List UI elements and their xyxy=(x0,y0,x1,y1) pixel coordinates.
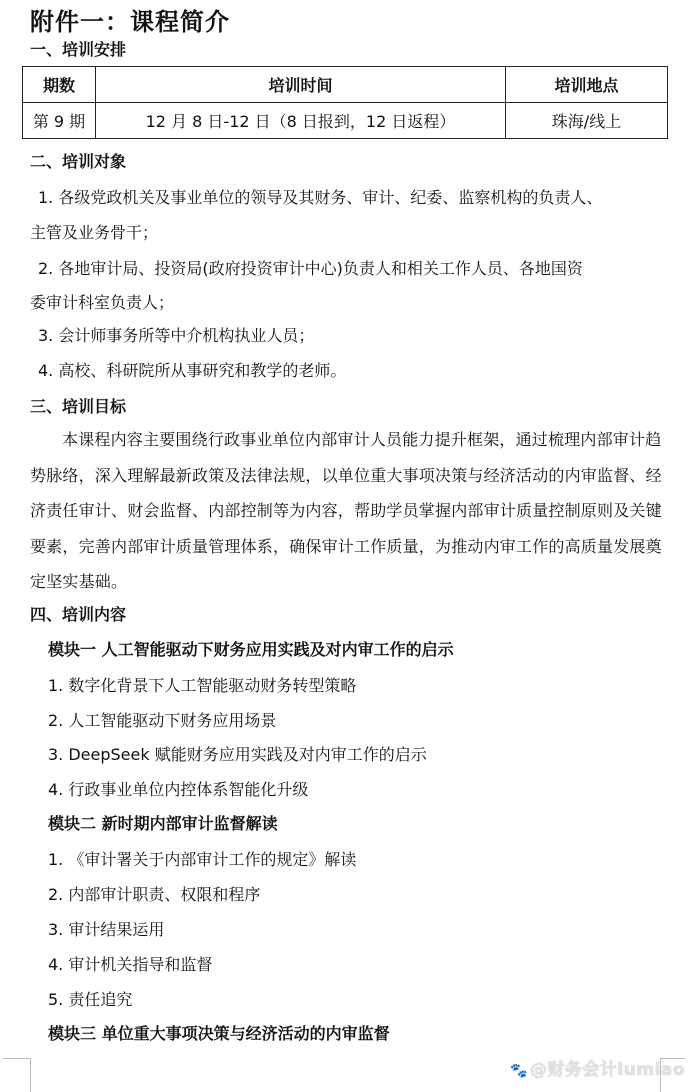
module-1-item-4: 4. 行政事业单位内控体系智能化升级 xyxy=(48,777,308,800)
objective-paragraph: 本课程内容主要围绕行政事业单位内部审计人员能力提升框架，通过梳理内部审计趋势脉络… xyxy=(30,422,670,600)
cell-session: 第 9 期 xyxy=(23,103,96,139)
module-2-item-2: 2. 内部审计职责、权限和程序 xyxy=(48,882,260,905)
page-corner-mark-left-h xyxy=(3,1058,30,1059)
audience-item-1-line1: 1. 各级党政机关及事业单位的领导及其财务、审计、纪委、监察机构的负责人、 xyxy=(38,185,602,208)
module-2-title: 模块二 新时期内部审计监督解读 xyxy=(48,811,278,834)
header-session: 期数 xyxy=(23,67,96,103)
audience-item-1-line2: 主管及业务骨干； xyxy=(30,220,158,243)
module-2-item-1: 1. 《审计署关于内部审计工作的规定》解读 xyxy=(48,847,356,870)
module-1-item-2: 2. 人工智能驱动下财务应用场景 xyxy=(48,708,276,731)
module-2-item-3: 3. 审计结果运用 xyxy=(48,917,164,940)
header-location: 培训地点 xyxy=(506,67,668,103)
watermark: 🐾@财务会计lumiao xyxy=(510,1055,685,1080)
audience-item-4: 4. 高校、科研院所从事研究和教学的老师。 xyxy=(38,358,346,381)
page-corner-mark-left-v xyxy=(30,1058,31,1092)
section-heading-arrangement: 一、培训安排 xyxy=(30,37,126,60)
audience-item-2-line1: 2. 各地审计局、投资局(政府投资审计中心)负责人和相关工作人员、各地国资 xyxy=(38,256,583,279)
module-1-title: 模块一 人工智能驱动下财务应用实践及对内审工作的启示 xyxy=(48,637,454,660)
section-heading-objective: 三、培训目标 xyxy=(30,394,126,417)
module-3-title: 模块三 单位重大事项决策与经济活动的内审监督 xyxy=(48,1021,390,1044)
header-time: 培训时间 xyxy=(96,67,506,103)
schedule-table: 期数 培训时间 培训地点 第 9 期 12 月 8 日-12 日（8 日报到，1… xyxy=(22,66,668,139)
audience-item-3: 3. 会计师事务所等中介机构执业人员； xyxy=(38,323,314,346)
cell-location: 珠海/线上 xyxy=(506,103,668,139)
section-heading-audience: 二、培训对象 xyxy=(30,149,126,172)
module-1-item-3: 3. DeepSeek 赋能财务应用实践及对内审工作的启示 xyxy=(48,742,427,765)
watermark-text: @财务会计lumiao xyxy=(530,1060,685,1080)
audience-item-2-line2: 委审计科室负责人； xyxy=(30,290,174,313)
module-2-item-4: 4. 审计机关指导和监督 xyxy=(48,952,212,975)
cell-time: 12 月 8 日-12 日（8 日报到，12 日返程） xyxy=(96,103,506,139)
module-2-item-5: 5. 责任追究 xyxy=(48,987,132,1010)
table-header-row: 期数 培训时间 培训地点 xyxy=(23,67,668,103)
paw-icon: 🐾 xyxy=(510,1063,528,1079)
section-heading-content: 四、培训内容 xyxy=(30,602,126,625)
table-row: 第 9 期 12 月 8 日-12 日（8 日报到，12 日返程） 珠海/线上 xyxy=(23,103,668,139)
page-title: 附件一：课程简介 xyxy=(30,2,230,37)
module-1-item-1: 1. 数字化背景下人工智能驱动财务转型策略 xyxy=(48,673,356,696)
